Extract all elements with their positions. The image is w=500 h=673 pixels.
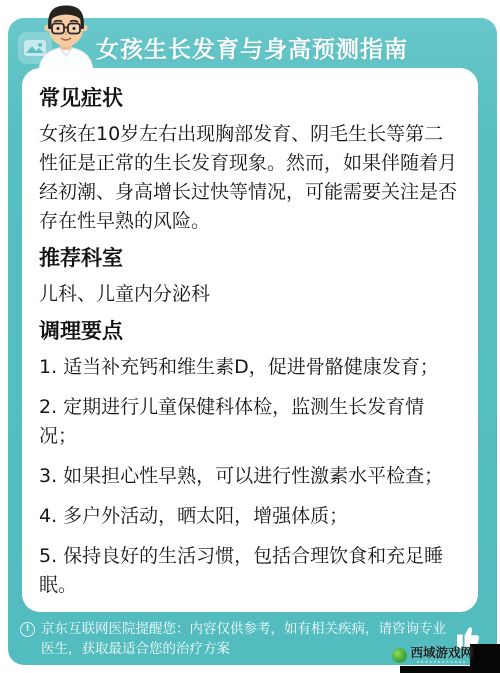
doctor-avatar bbox=[30, 2, 102, 70]
care-tip-item: 3. 如果担心性早熟，可以进行性激素水平检查； bbox=[39, 462, 461, 491]
care-tip-item: 2. 定期进行儿童保健科体检，监测生长发育情况； bbox=[39, 393, 461, 451]
care-tip-item: 4. 多户外活动，晒太阳，增强体质； bbox=[39, 502, 461, 531]
site-watermark: 西域游戏网 ▪▪▪▪▪▪▪▪▪▪▪▪ bbox=[392, 646, 473, 665]
departments-text: 儿科、儿童内分泌科 bbox=[39, 280, 461, 309]
watermark-logo-icon bbox=[392, 648, 407, 663]
watermark-subtext: ▪▪▪▪▪▪▪▪▪▪▪▪ bbox=[416, 659, 467, 665]
section-heading-symptoms: 常见症状 bbox=[39, 84, 461, 112]
header: 女孩生长发育与身高预测指南 bbox=[8, 18, 497, 68]
symptoms-text: 女孩在10岁左右出现胸部发育、阴毛生长等第二性征是正常的生长发育现象。然而，如果… bbox=[39, 120, 461, 236]
page-title: 女孩生长发育与身高预测指南 bbox=[96, 31, 408, 64]
corner-black-block bbox=[470, 644, 500, 673]
section-heading-care-tips: 调理要点 bbox=[39, 317, 461, 345]
content-card: 常见症状 女孩在10岁左右出现胸部发育、阴毛生长等第二性征是正常的生长发育现象。… bbox=[22, 68, 478, 612]
doctor-avatar-illustration bbox=[30, 2, 102, 70]
care-tip-item: 5. 保持良好的生活习惯，包括合理饮食和充足睡眠。 bbox=[39, 542, 461, 600]
watermark-name: 西域游戏网 bbox=[410, 646, 473, 659]
health-guide-panel: 女孩生长发育与身高预测指南 常见症状 女孩在10岁左右出现胸部发育、阴毛生长等第… bbox=[8, 18, 497, 665]
section-heading-departments: 推荐科室 bbox=[39, 244, 461, 272]
disclaimer-text: 京东互联网医院提醒您：内容仅供参考，如有相关疾病，请咨询专业医生，获取最适合您的… bbox=[41, 620, 449, 659]
info-icon: ! bbox=[20, 622, 35, 637]
care-tip-item: 1. 适当补充钙和维生素D，促进骨骼健康发育； bbox=[39, 353, 461, 382]
